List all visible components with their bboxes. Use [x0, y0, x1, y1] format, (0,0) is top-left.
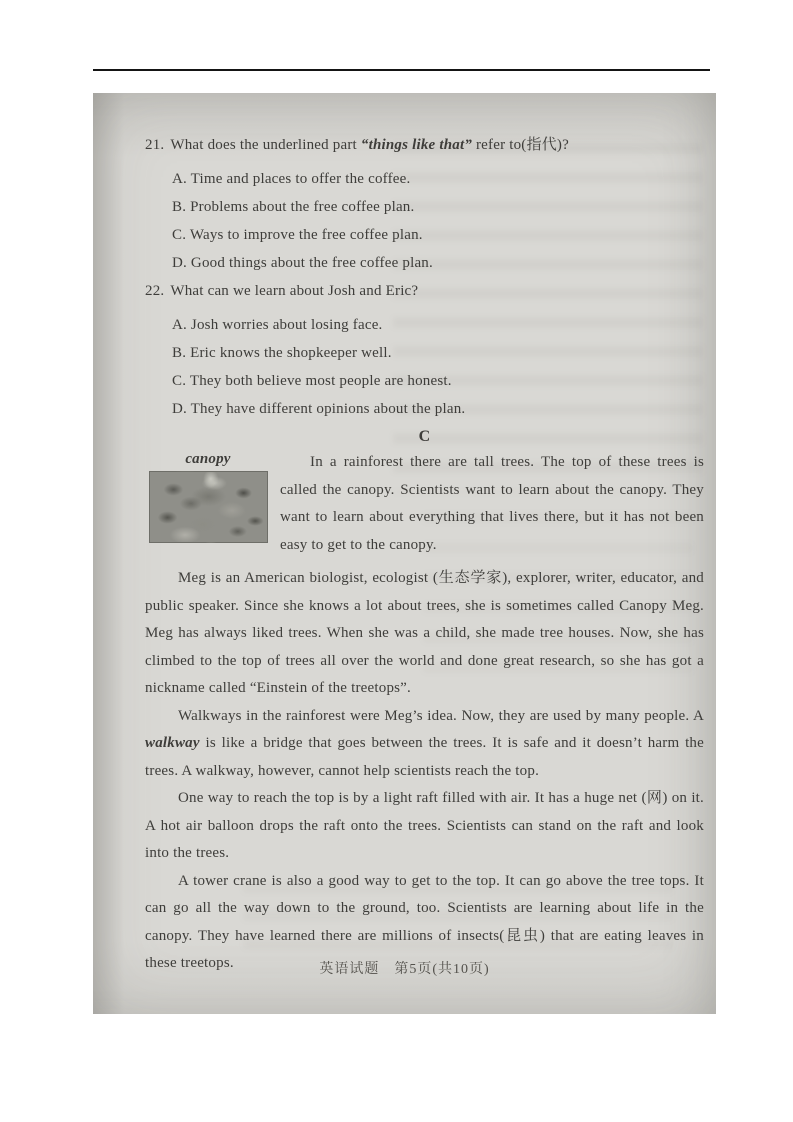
- paper-photo: 21.What does the underlined part “things…: [93, 93, 716, 1014]
- exam-page-scan: 21.What does the underlined part “things…: [0, 0, 793, 1122]
- question-21-option-b: B. Problems about the free coffee plan.: [172, 193, 704, 221]
- question-21-number: 21.: [145, 137, 170, 153]
- question-22-option-b: B. Eric knows the shopkeeper well.: [172, 339, 704, 367]
- question-21-stem: 21.What does the underlined part “things…: [145, 131, 704, 159]
- paragraph-3-tail: is like a bridge that goes between the t…: [145, 735, 704, 779]
- page-content: 21.What does the underlined part “things…: [145, 93, 704, 978]
- question-21-option-d: D. Good things about the free coffee pla…: [172, 249, 704, 277]
- passage-paragraph-4: One way to reach the top is by a light r…: [145, 785, 704, 868]
- question-21-stem-emphasis: “things like that”: [361, 137, 472, 153]
- question-22-options: A. Josh worries about losing face. B. Er…: [145, 311, 704, 423]
- passage-paragraph-2: Meg is an American biologist, ecologist …: [145, 565, 704, 703]
- question-21-option-c: C. Ways to improve the free coffee plan.: [172, 221, 704, 249]
- question-22-option-a: A. Josh worries about losing face.: [172, 311, 704, 339]
- question-22-stem: 22.What can we learn about Josh and Eric…: [145, 277, 704, 305]
- reading-passage-c: canopy In a rainforest there are tall tr…: [145, 449, 704, 978]
- canopy-photo-image: [149, 471, 268, 543]
- question-22: 22.What can we learn about Josh and Eric…: [145, 277, 704, 423]
- top-horizontal-rule: [93, 69, 710, 71]
- passage-paragraph-1: In a rainforest there are tall trees. Th…: [280, 449, 704, 559]
- question-21-stem-tail: refer to(指代)?: [472, 137, 569, 153]
- question-22-stem-text: What can we learn about Josh and Eric?: [170, 283, 418, 299]
- question-21-options: A. Time and places to offer the coffee. …: [145, 165, 704, 277]
- question-21-stem-text: What does the underlined part: [170, 137, 361, 153]
- paragraph-3-text: Walkways in the rainforest were Meg’s id…: [178, 708, 704, 724]
- paragraph-3-emphasis: walkway: [145, 735, 200, 751]
- question-21: 21.What does the underlined part “things…: [145, 131, 704, 277]
- canopy-figure-caption: canopy: [148, 449, 268, 469]
- question-22-option-c: C. They both believe most people are hon…: [172, 367, 704, 395]
- page-footer: 英语试题 第5页(共10页): [93, 958, 716, 978]
- passage-head: canopy In a rainforest there are tall tr…: [145, 449, 704, 565]
- section-c-heading: C: [145, 425, 704, 449]
- passage-paragraph-3: Walkways in the rainforest were Meg’s id…: [145, 703, 704, 786]
- question-22-number: 22.: [145, 283, 170, 299]
- question-22-option-d: D. They have different opinions about th…: [172, 395, 704, 423]
- question-21-option-a: A. Time and places to offer the coffee.: [172, 165, 704, 193]
- canopy-figure: canopy: [148, 449, 268, 543]
